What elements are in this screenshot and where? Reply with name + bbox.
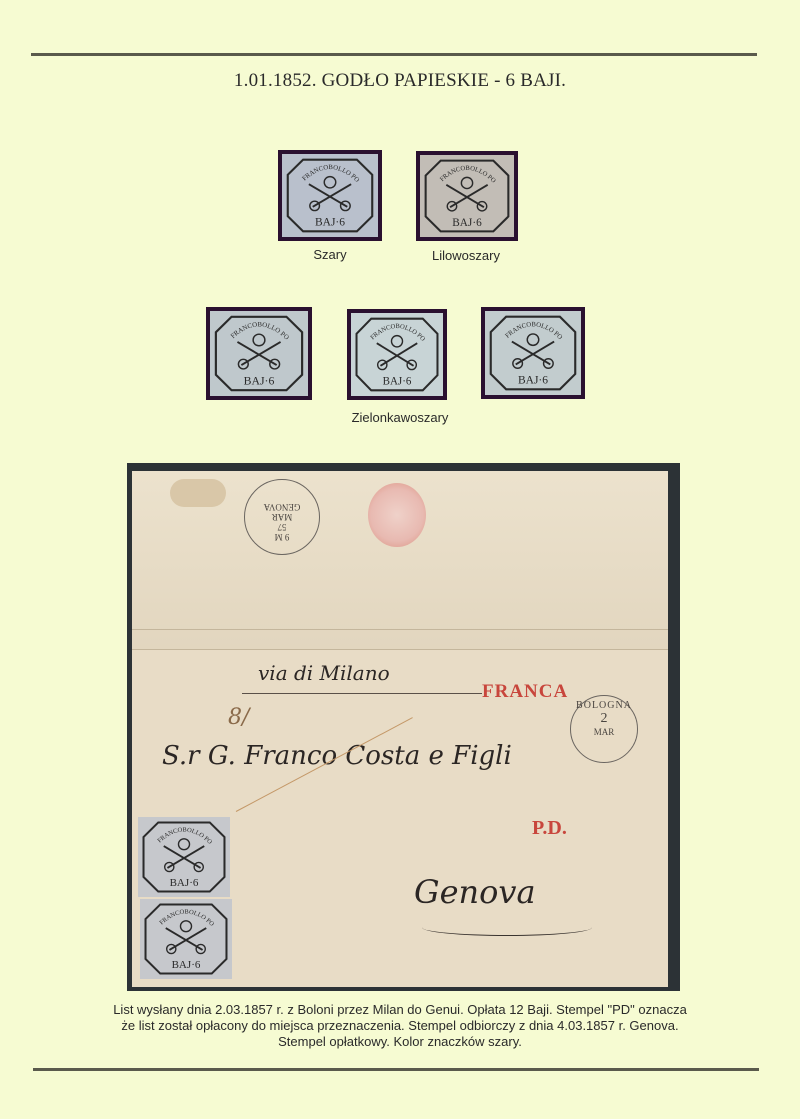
svg-text:BAJ·6: BAJ·6	[383, 376, 412, 388]
page-title: 1.01.1852. GODŁO PAPIESKIE - 6 BAJI.	[0, 70, 800, 92]
postmark-month: MAR	[571, 727, 637, 737]
caption-zielonkawoszary: Zielonkawoszary	[300, 410, 500, 425]
stamp-szary: FRANCOBOLLO POSTALEBAJ·6	[278, 150, 382, 241]
stamp-zielonkawoszary-1: FRANCOBOLLO POSTALEBAJ·6	[206, 307, 312, 400]
svg-text:BAJ·6: BAJ·6	[518, 375, 548, 387]
stamp-lilowoszary: FRANCOBOLLO POSTALEBAJ·6	[416, 151, 518, 241]
postmark-month: MAR	[245, 512, 319, 522]
origin-postmark: BOLOGNA 2 MAR	[570, 695, 638, 763]
destination: Genova	[414, 873, 536, 911]
bottom-divider	[33, 1068, 759, 1071]
stain	[170, 479, 226, 507]
stamp-image: FRANCOBOLLO POSTALEBAJ·6	[351, 313, 443, 396]
stamp-zielonkawoszary-2: FRANCOBOLLO POSTALEBAJ·6	[347, 309, 447, 400]
arrival-postmark: 9 M 57 MAR GENOVA	[244, 479, 320, 555]
svg-text:BAJ·6: BAJ·6	[315, 217, 345, 229]
wax-seal	[368, 483, 426, 547]
postal-cover: 9 M 57 MAR GENOVA via di Milano FRANCA 8…	[132, 471, 668, 987]
pd-stamp: P.D.	[532, 817, 567, 840]
postmark-day: 2	[571, 711, 637, 727]
postmark-town: GENOVA	[245, 502, 319, 512]
franca-stamp: FRANCA	[482, 681, 568, 703]
affixed-stamp-2: FRANCOBOLLO POSTALEBAJ·6	[140, 899, 232, 979]
fold-line	[132, 629, 668, 630]
svg-text:BAJ·6: BAJ·6	[452, 217, 482, 229]
fold-line	[132, 649, 668, 650]
stamp-image: FRANCOBOLLO POSTALEBAJ·6	[210, 311, 308, 396]
flourish	[422, 919, 592, 936]
stamp-zielonkawoszary-3: FRANCOBOLLO POSTALEBAJ·6	[481, 307, 585, 399]
route-note: via di Milano	[258, 661, 390, 685]
cover-mount: 9 M 57 MAR GENOVA via di Milano FRANCA 8…	[127, 463, 680, 991]
description-line-1: List wysłany dnia 2.03.1857 r. z Boloni …	[60, 1002, 740, 1018]
stamp-image: FRANCOBOLLO POSTALEBAJ·6	[485, 311, 581, 395]
stamp-image: FRANCOBOLLO POSTALEBAJ·6	[420, 155, 514, 237]
svg-text:BAJ·6: BAJ·6	[244, 374, 275, 387]
stamp-image: FRANCOBOLLO POSTALEBAJ·6	[282, 154, 378, 237]
top-divider	[31, 53, 757, 56]
rate-mark: 8/	[228, 705, 249, 730]
svg-text:BAJ·6: BAJ·6	[172, 959, 201, 971]
underline	[242, 693, 482, 694]
description-line-3: Stempel opłatkowy. Kolor znaczków szary.	[60, 1034, 740, 1050]
affixed-stamp-1: FRANCOBOLLO POSTALEBAJ·6	[138, 817, 230, 897]
description: List wysłany dnia 2.03.1857 r. z Boloni …	[60, 1002, 740, 1050]
postmark-town: BOLOGNA	[571, 700, 637, 711]
postmark-year: 57	[245, 522, 319, 532]
caption-szary: Szary	[278, 247, 382, 262]
postmark-time: 9 M	[245, 532, 319, 542]
caption-lilowoszary: Lilowoszary	[396, 248, 536, 263]
description-line-2: że list został opłacony do miejsca przez…	[60, 1018, 740, 1034]
svg-text:BAJ·6: BAJ·6	[170, 877, 199, 889]
